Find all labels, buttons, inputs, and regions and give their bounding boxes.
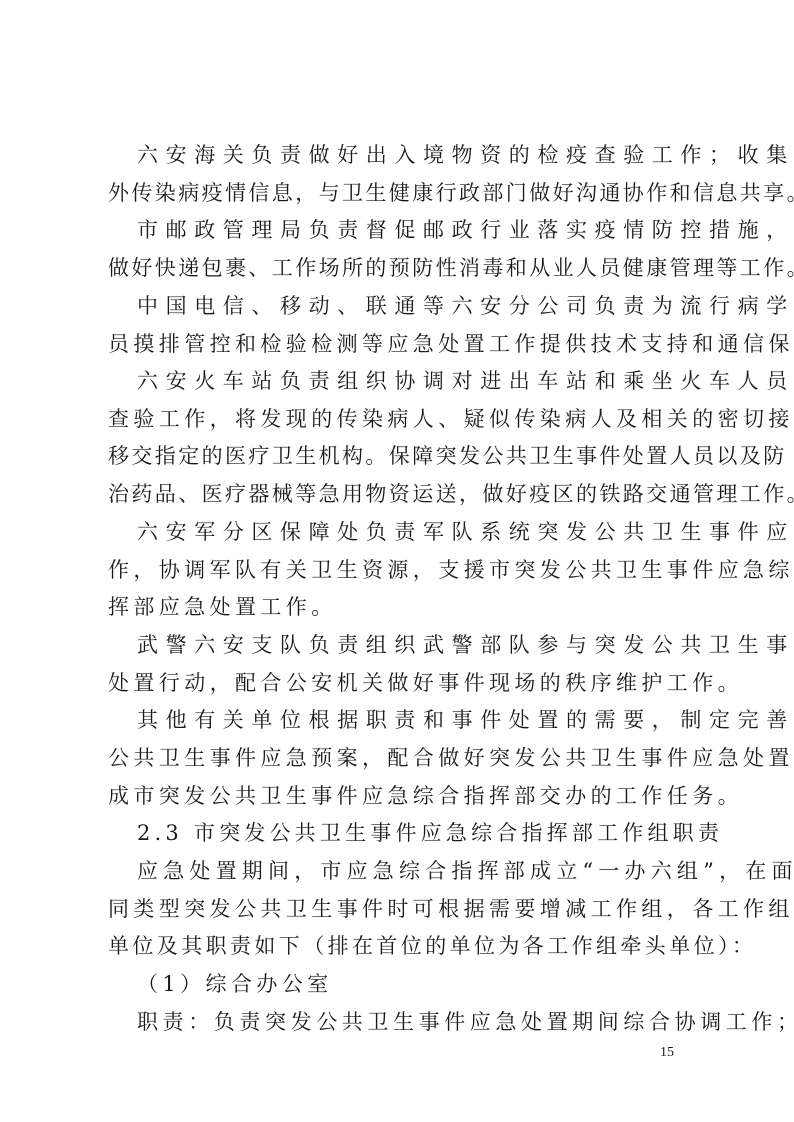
paragraph-line: 市邮政管理局负责督促邮政行业落实疫情防控措施，根据需要 xyxy=(137,215,727,245)
paragraph-line: 中国电信、移动、联通等六安分公司负责为流行病学调查、人 xyxy=(137,291,727,321)
subsection-heading: （1）综合办公室 xyxy=(137,969,727,999)
paragraph-line: 公共卫生事件应急预案，配合做好突发公共卫生事件应急处置，完 xyxy=(108,743,698,773)
paragraph-line: 作，协调军队有关卫生资源，支援市突发公共卫生事件应急综合指 xyxy=(108,555,698,585)
paragraph-line: 武警六安支队负责组织武警部队参与突发公共卫生事件的应急 xyxy=(137,630,727,660)
paragraph-line: 员摸排管控和检验检测等应急处置工作提供技术支持和通信保障。 xyxy=(108,329,698,359)
paragraph-line: 六安军分区保障处负责军队系统突发公共卫生事件应急处置工 xyxy=(137,517,727,547)
paragraph-line: 处置行动，配合公安机关做好事件现场的秩序维护工作。 xyxy=(108,668,698,698)
paragraph-line: 挥部应急处置工作。 xyxy=(108,592,698,622)
document-page: 六安海关负责做好出入境物资的检疫查验工作；收集和提供国 外传染病疫情信息，与卫生… xyxy=(0,0,794,1122)
paragraph-line: 成市突发公共卫生事件应急综合指挥部交办的工作任务。 xyxy=(108,781,698,811)
section-heading: 2.3 市突发公共卫生事件应急综合指挥部工作组职责 xyxy=(137,818,727,848)
paragraph-line: 六安火车站负责组织协调对进出车站和乘坐火车人员的检疫、 xyxy=(137,366,727,396)
paragraph-line: 查验工作，将发现的传染病人、疑似传染病人及相关的密切接触者 xyxy=(108,404,698,434)
page-number: 15 xyxy=(660,1045,674,1061)
paragraph-line: 职责：负责突发公共卫生事件应急处置期间综合协调工作；办 xyxy=(137,1007,727,1037)
paragraph-line: 其他有关单位根据职责和事件处置的需要，制定完善部门突发 xyxy=(137,705,727,735)
paragraph-line: 六安海关负责做好出入境物资的检疫查验工作；收集和提供国 xyxy=(137,140,727,170)
paragraph-line: 做好快递包裹、工作场所的预防性消毒和从业人员健康管理等工作。 xyxy=(108,253,698,283)
paragraph-line: 同类型突发公共卫生事件时可根据需要增减工作组，各工作组成员 xyxy=(108,894,698,924)
paragraph-line: 应急处置期间，市应急综合指挥部成立“一办六组”，在面对不 xyxy=(137,856,727,886)
paragraph-line: 移交指定的医疗卫生机构。保障突发公共卫生事件处置人员以及防 xyxy=(108,441,698,471)
paragraph-line: 治药品、医疗器械等急用物资运送，做好疫区的铁路交通管理工作。 xyxy=(108,479,698,509)
paragraph-line: 单位及其职责如下（排在首位的单位为各工作组牵头单位）： xyxy=(108,931,698,961)
paragraph-line: 外传染病疫情信息，与卫生健康行政部门做好沟通协作和信息共享。 xyxy=(108,178,698,208)
